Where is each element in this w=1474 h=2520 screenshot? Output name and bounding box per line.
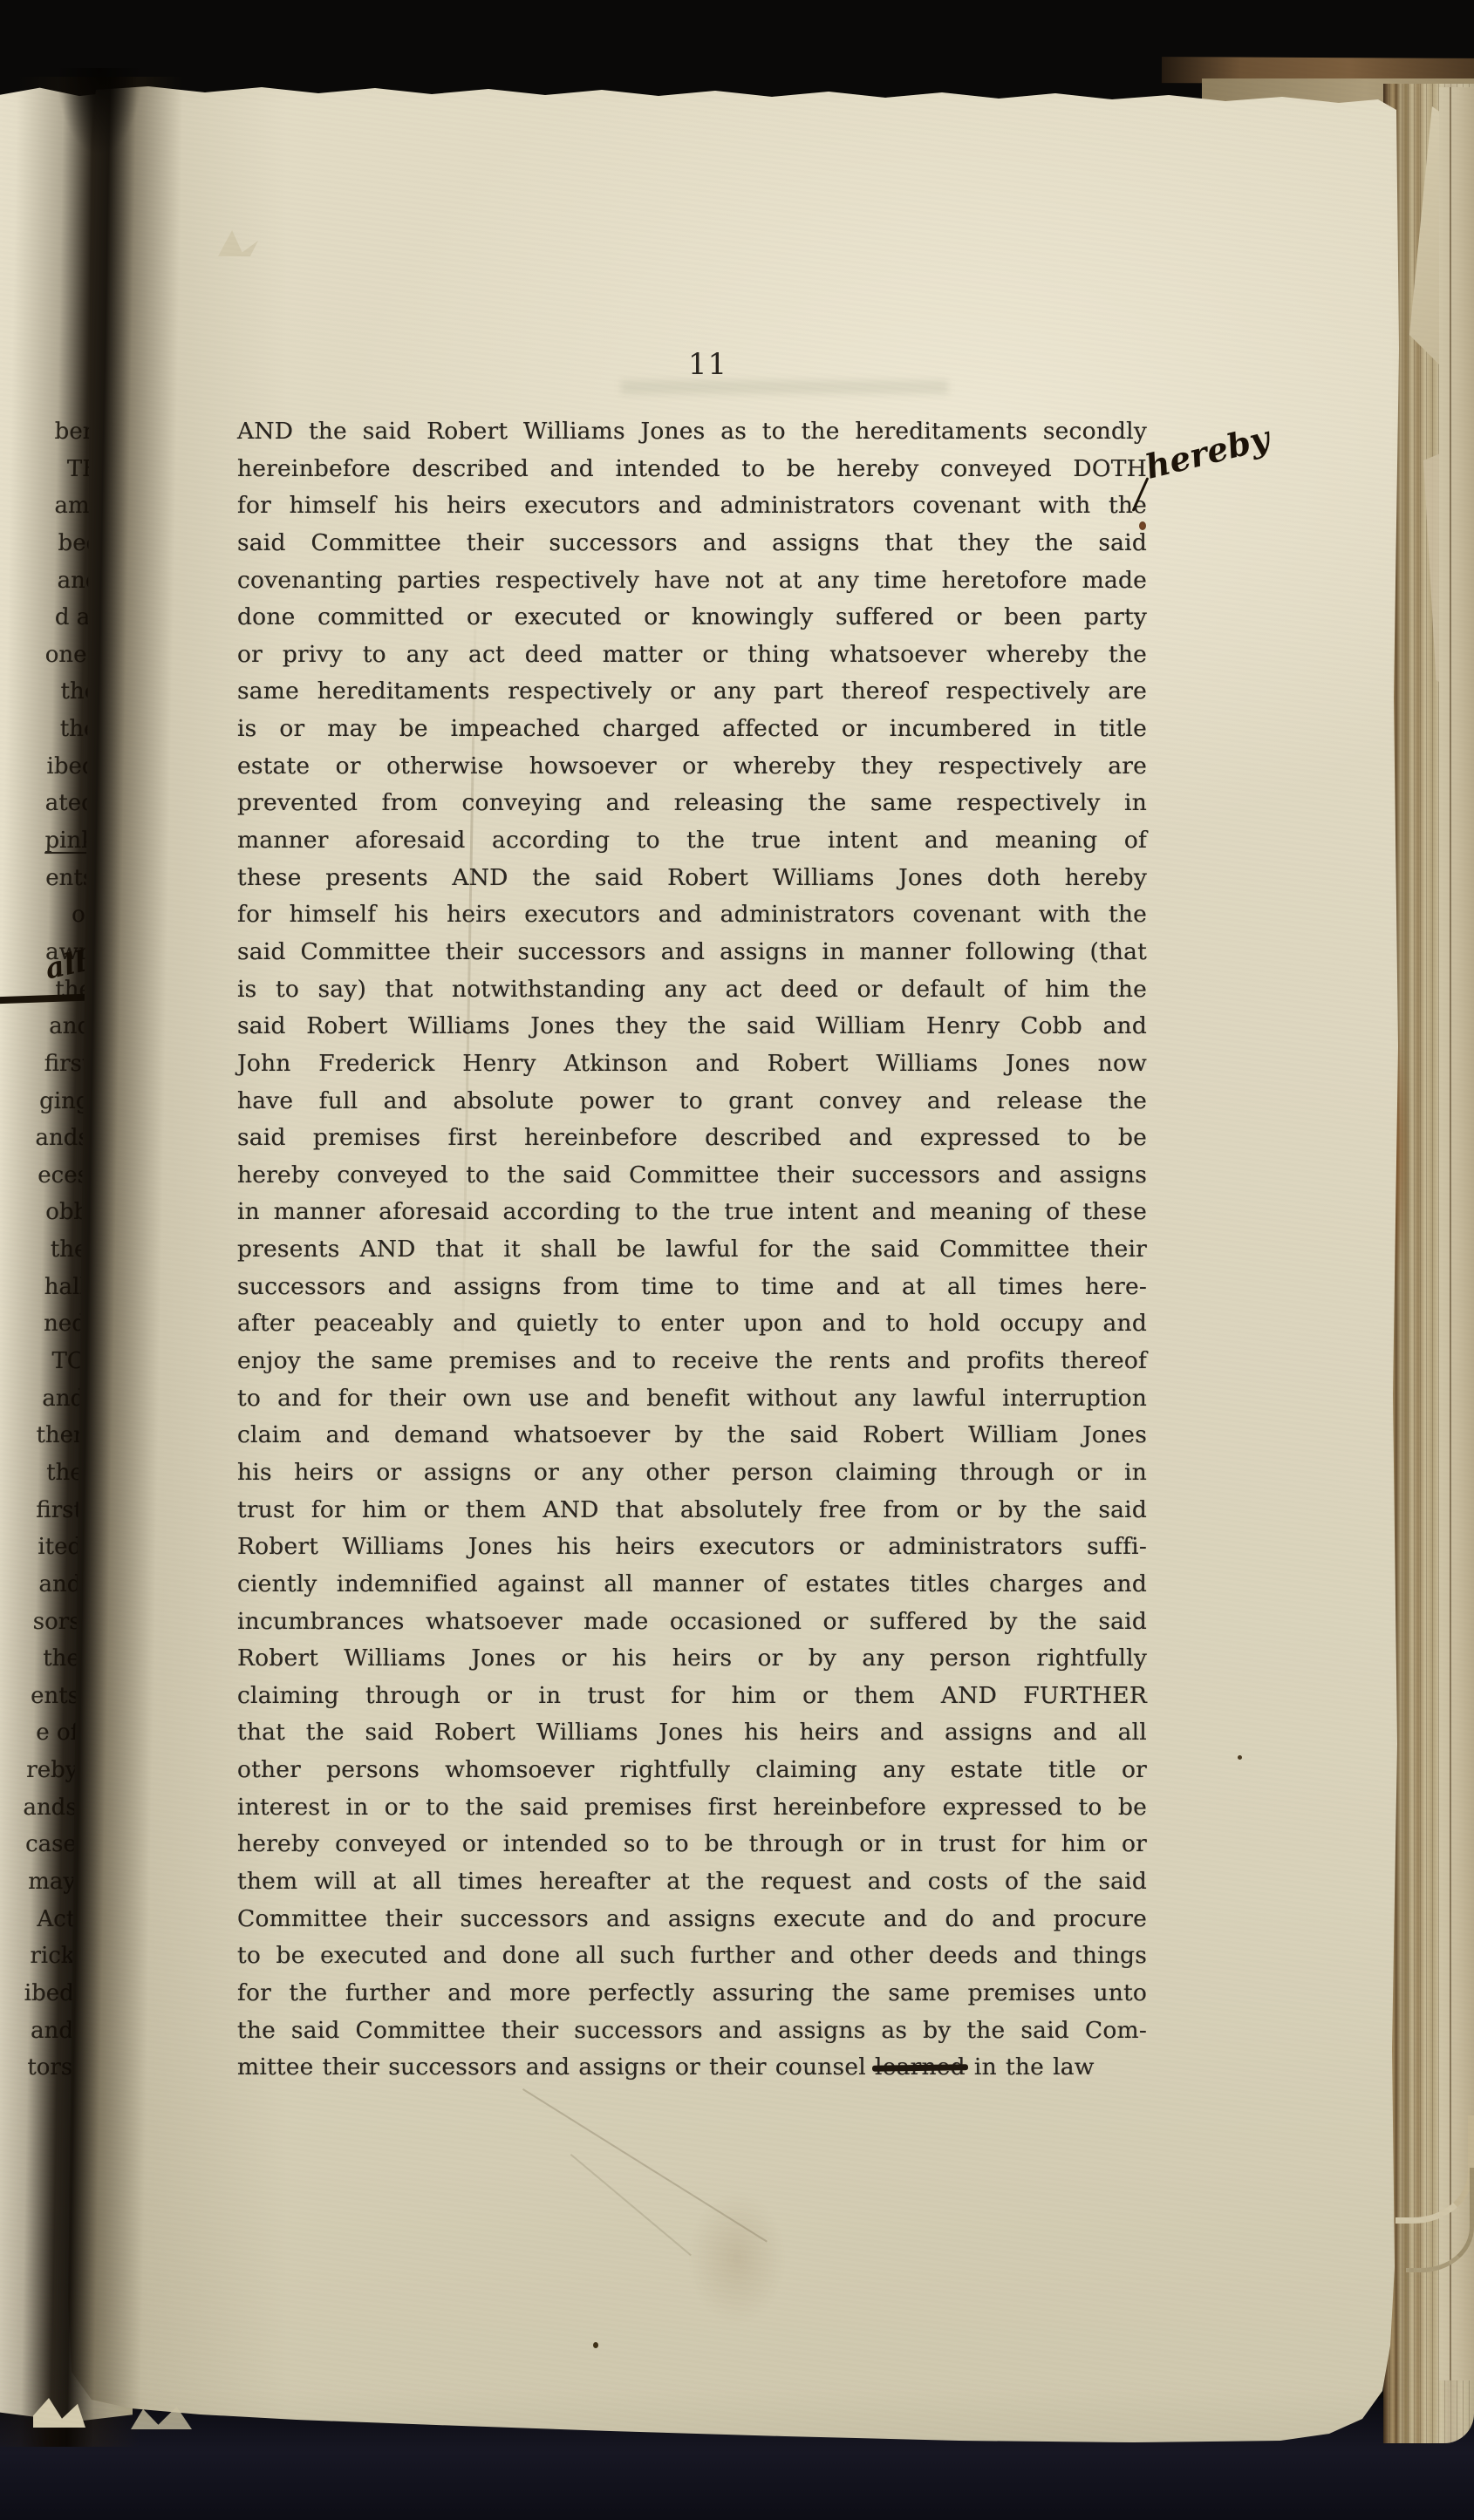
text-line: for the further and more perfectly assur… bbox=[237, 1975, 1147, 2013]
text-line: other persons whomsoever rightfully clai… bbox=[237, 1752, 1147, 1789]
paper-scratch bbox=[570, 2154, 692, 2256]
text-line: hereby conveyed to the said Committee th… bbox=[237, 1157, 1147, 1195]
torn-paper-stub bbox=[218, 230, 258, 256]
text-line: enjoy the same premises and to receive t… bbox=[237, 1343, 1147, 1380]
text-line: is to say) that notwithstanding any act … bbox=[237, 971, 1147, 1009]
ink-speck bbox=[1238, 1755, 1242, 1760]
text-line: these presents AND the said Robert Willi… bbox=[237, 860, 1147, 897]
text-line: estate or otherwise howsoever or whereby… bbox=[237, 748, 1147, 786]
gutter-shadow-top bbox=[56, 68, 143, 155]
text-line: hereinbefore described and intended to b… bbox=[237, 451, 1147, 488]
text-line: presents AND that it shall be lawful for… bbox=[237, 1231, 1147, 1269]
text-line: or privy to any act deed matter or thing… bbox=[237, 637, 1147, 674]
text-line: trust for him or them AND that absolutel… bbox=[237, 1492, 1147, 1529]
text-line: to and for their own use and benefit wit… bbox=[237, 1380, 1147, 1418]
text-line: mittee their successors and assigns or t… bbox=[237, 2049, 1147, 2087]
text-line: same hereditaments respectively or any p… bbox=[237, 673, 1147, 711]
text-line: said premises first hereinbefore describ… bbox=[237, 1120, 1147, 1157]
rust-speck bbox=[1139, 521, 1146, 530]
text-line: ciently indemnified against all manner o… bbox=[237, 1566, 1147, 1604]
body-text: AND the said Robert Williams Jones as to… bbox=[237, 413, 1147, 2087]
text-line: Robert Williams Jones or his heirs or by… bbox=[237, 1640, 1147, 1678]
text-line: after peaceably and quietly to enter upo… bbox=[237, 1305, 1147, 1343]
text-line: Committee their successors and assigns e… bbox=[237, 1901, 1147, 1938]
text-line: hereby conveyed or intended so to be thr… bbox=[237, 1826, 1147, 1863]
text-line: prevented from conveying and releasing t… bbox=[237, 785, 1147, 822]
underlying-page-edge bbox=[1439, 87, 1474, 2380]
book-scan: bertTHamsbedandd atonesthetheibedatedpin… bbox=[0, 0, 1474, 2520]
text-line: AND the said Robert Williams Jones as to… bbox=[237, 413, 1147, 451]
text-line: that the said Robert Williams Jones his … bbox=[237, 1714, 1147, 1752]
text-line: for himself his heirs executors and admi… bbox=[237, 487, 1147, 525]
text-line: interest in or to the said premises firs… bbox=[237, 1789, 1147, 1827]
text-line: said Committee their successors and assi… bbox=[237, 934, 1147, 971]
text-line: have full and absolute power to grant co… bbox=[237, 1083, 1147, 1120]
text-line: John Frederick Henry Atkinson and Robert… bbox=[237, 1045, 1147, 1083]
text-line: said Robert Williams Jones they the said… bbox=[237, 1008, 1147, 1045]
smudge-stain bbox=[689, 2193, 785, 2324]
text-line: his heirs or assigns or any other person… bbox=[237, 1454, 1147, 1492]
text-line: incumbrances whatsoever made occasioned … bbox=[237, 1604, 1147, 1641]
page-number: 11 bbox=[253, 347, 1163, 382]
text-line: them will at all times hereafter at the … bbox=[237, 1863, 1147, 1901]
text-line: is or may be impeached charged affected … bbox=[237, 711, 1147, 748]
text-line: for himself his heirs executors and admi… bbox=[237, 896, 1147, 934]
text-line: said Committee their successors and assi… bbox=[237, 525, 1147, 562]
text-line: claim and demand whatsoever by the said … bbox=[237, 1417, 1147, 1454]
struck-word: learned bbox=[875, 2053, 966, 2081]
page-leaf: 11 AND the said Robert Williams Jones as… bbox=[0, 0, 1474, 2520]
text-line: manner aforesaid according to the true i… bbox=[237, 822, 1147, 860]
text-line: to be executed and done all such further… bbox=[237, 1938, 1147, 1975]
text-line: the said Committee their successors and … bbox=[237, 2013, 1147, 2050]
text-line: covenanting parties respectively have no… bbox=[237, 562, 1147, 600]
ink-setoff-smudge bbox=[621, 380, 948, 394]
text-line: in manner aforesaid according to the tru… bbox=[237, 1194, 1147, 1231]
text-line: claiming through or in trust for him or … bbox=[237, 1678, 1147, 1715]
ink-speck bbox=[593, 2342, 598, 2348]
text-line: Robert Williams Jones his heirs executor… bbox=[237, 1529, 1147, 1566]
text-line: successors and assigns from time to time… bbox=[237, 1269, 1147, 1306]
text-line: done committed or executed or knowingly … bbox=[237, 599, 1147, 637]
